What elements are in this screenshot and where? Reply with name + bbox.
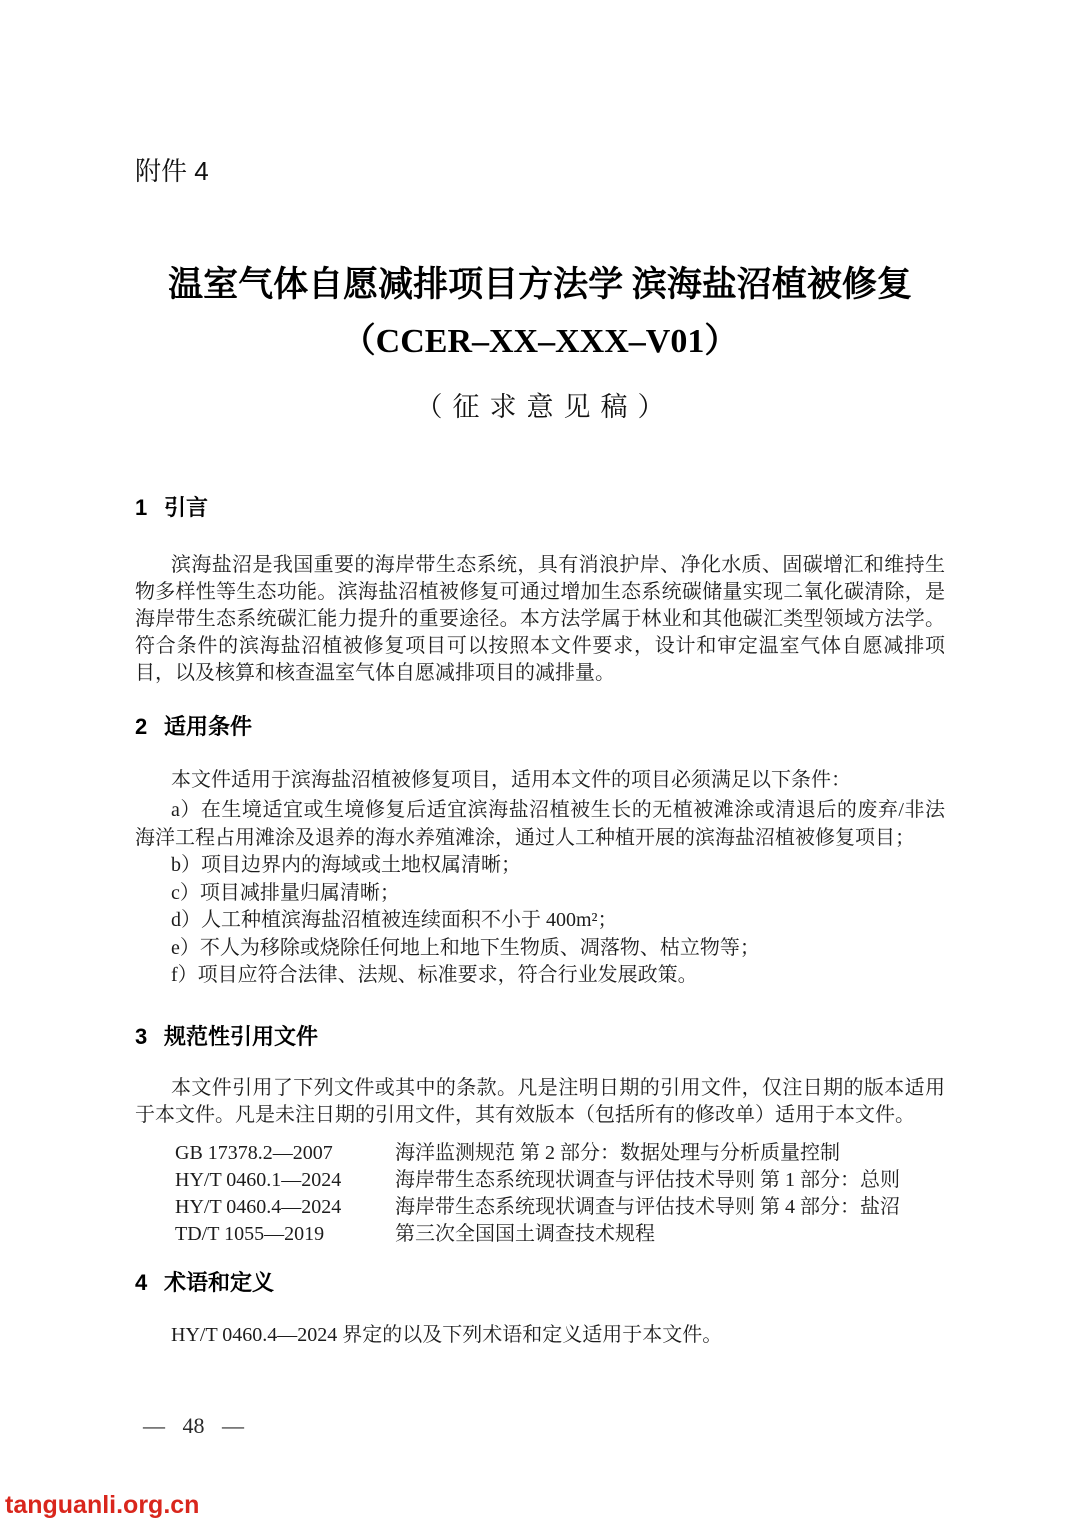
condition-item-b: b）项目边界内的海域或土地权属清晰； bbox=[135, 852, 945, 880]
section-4-title: 术语和定义 bbox=[164, 1270, 274, 1295]
reference-code: HY/T 0460.1—2024 bbox=[175, 1167, 395, 1194]
condition-item-e: e）不人为移除或烧除任何地上和地下生物质、凋落物、枯立物等； bbox=[135, 935, 945, 963]
section-1-heading: 1引言 bbox=[135, 493, 945, 523]
document-page: 附件 4 温室气体自愿减排项目方法学 滨海盐沼植被修复 （CCER–XX–XXX… bbox=[0, 0, 1080, 1528]
document-content: 附件 4 温室气体自愿减排项目方法学 滨海盐沼植被修复 （CCER–XX–XXX… bbox=[135, 156, 945, 1349]
condition-item-c: c）项目减排量归属清晰； bbox=[135, 880, 945, 908]
reference-code: HY/T 0460.4—2024 bbox=[175, 1194, 395, 1221]
reference-title: 海洋监测规范 第 2 部分：数据处理与分析质量控制 bbox=[395, 1140, 945, 1167]
condition-item-a: a）在生境适宜或生境修复后适宜滨海盐沼植被生长的无植被滩涂或清退后的废弃/非法海… bbox=[135, 797, 945, 852]
condition-item-f: f）项目应符合法律、法规、标准要求，符合行业发展政策。 bbox=[135, 962, 945, 990]
watermark-text: tanguanli.org.cn bbox=[5, 1490, 199, 1520]
reference-list: GB 17378.2—2007 海洋监测规范 第 2 部分：数据处理与分析质量控… bbox=[175, 1140, 945, 1248]
section-4-number: 4 bbox=[135, 1268, 164, 1298]
section-2-title: 适用条件 bbox=[164, 714, 252, 739]
document-code: （CCER–XX–XXX–V01） bbox=[135, 320, 945, 364]
reference-title: 海岸带生态系统现状调查与评估技术导则 第 1 部分：总则 bbox=[395, 1167, 945, 1194]
reference-title: 海岸带生态系统现状调查与评估技术导则 第 4 部分：盐沼 bbox=[395, 1194, 945, 1221]
reference-code: GB 17378.2—2007 bbox=[175, 1140, 395, 1167]
section-1-number: 1 bbox=[135, 493, 164, 523]
section-2-heading: 2适用条件 bbox=[135, 712, 945, 742]
section-1-paragraph: 滨海盐沼是我国重要的海岸带生态系统，具有消浪护岸、净化水质、固碳增汇和维持生物多… bbox=[135, 552, 945, 687]
attachment-label: 附件 4 bbox=[135, 156, 945, 186]
condition-item-d: d）人工种植滨海盐沼植被连续面积不小于 400m²； bbox=[135, 907, 945, 935]
section-3-intro: 本文件引用了下列文件或其中的条款。凡是注明日期的引用文件，仅注日期的版本适用于本… bbox=[135, 1075, 945, 1129]
section-1-title: 引言 bbox=[164, 495, 208, 520]
section-4-paragraph: HY/T 0460.4—2024 界定的以及下列术语和定义适用于本文件。 bbox=[135, 1322, 945, 1349]
reference-code: TD/T 1055—2019 bbox=[175, 1221, 395, 1248]
section-3-title: 规范性引用文件 bbox=[164, 1024, 318, 1049]
document-title: 温室气体自愿减排项目方法学 滨海盐沼植被修复 bbox=[135, 262, 945, 308]
section-2-number: 2 bbox=[135, 712, 164, 742]
condition-list: a）在生境适宜或生境修复后适宜滨海盐沼植被生长的无植被滩涂或清退后的废弃/非法海… bbox=[135, 797, 945, 990]
page-number: — 48 — bbox=[143, 1412, 244, 1440]
section-2-intro: 本文件适用于滨海盐沼植被修复项目，适用本文件的项目必须满足以下条件： bbox=[135, 767, 945, 794]
section-4-heading: 4术语和定义 bbox=[135, 1268, 945, 1298]
section-3-number: 3 bbox=[135, 1022, 164, 1052]
reference-title: 第三次全国国土调查技术规程 bbox=[395, 1221, 945, 1248]
draft-note: （征求意见稿） bbox=[135, 390, 945, 424]
section-3-heading: 3规范性引用文件 bbox=[135, 1022, 945, 1052]
